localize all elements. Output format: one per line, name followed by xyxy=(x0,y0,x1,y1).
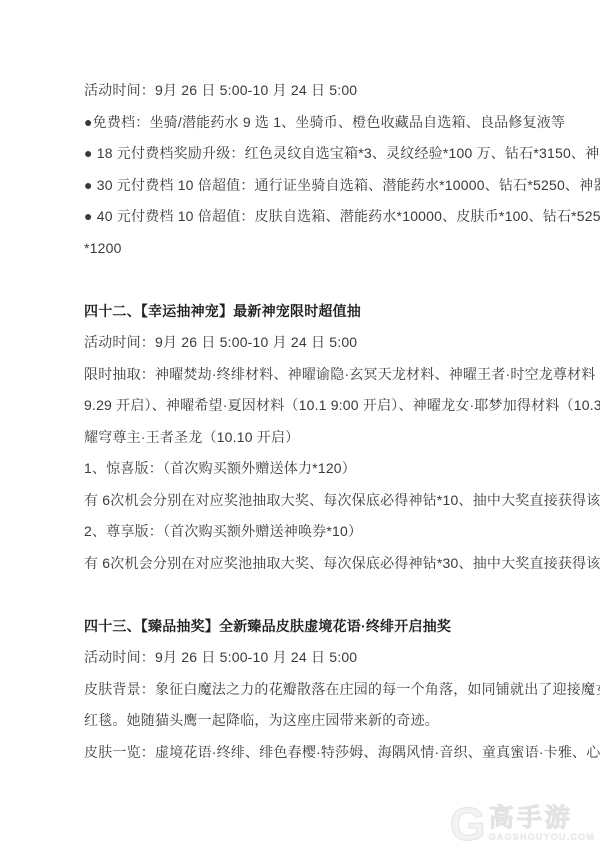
page: { "page": { "background": "#ffffff", "bo… xyxy=(0,0,600,848)
limited-draw-text-continued: 耀穹尊主·王者圣龙（10.10 开启） xyxy=(84,422,540,454)
free-tier-text: ●免费档：坐骑/潜能药水 9 选 1、坐骑币、橙色收藏品自选箱、良品修复液等 xyxy=(84,107,540,139)
tier-30-text: ● 30 元付费档 10 倍超值：通行证坐骑自选箱、潜能药水*10000、钻石*… xyxy=(84,170,540,202)
article-body: 活动时间：9月 26 日 5:00-10 月 24 日 5:00 ●免费档：坐骑… xyxy=(0,0,540,768)
watermark-site-text: GAOSHOUYOU.COM xyxy=(489,832,595,843)
section-43-heading: 四十三、【臻品抽奖】全新臻品皮肤虚境花语·终绯开启抽奖 xyxy=(84,611,540,643)
surprise-edition-text: 1、惊喜版：（首次购买额外赠送体力*120） xyxy=(84,453,540,485)
tier-40-text-continued: *1200 xyxy=(84,233,540,265)
surprise-edition-detail-text: 有 6次机会分别在对应奖池抽取大奖、每次保底必得神钻*10、抽中大奖直接获得该奖… xyxy=(84,485,540,517)
section-42-heading: 四十二、【幸运抽神宠】最新神宠限时超值抽 xyxy=(84,296,540,328)
gaoshouyou-watermark: G 高手游 GAOSHOUYOU.COM xyxy=(450,802,595,846)
premium-edition-detail-text: 有 6次机会分别在对应奖池抽取大奖、每次保底必得神钻*30、抽中大奖直接获得该奖… xyxy=(84,548,540,580)
limited-draw-text-continued: 9.29 开启）、神曜希望·夏因材料（10.1 9:00 开启）、神曜龙女·耶梦… xyxy=(84,390,540,422)
tier-18-text: ● 18 元付费档奖励升级：红色灵纹自选宝箱*3、灵纹经验*100 万、钻石*3… xyxy=(84,138,540,170)
activity-time-text: 活动时间：9月 26 日 5:00-10 月 24 日 5:00 xyxy=(84,75,540,107)
limited-draw-text: 限时抽取：神曜焚劫·终绯材料、神曜谕隐·玄冥天龙材料、神曜王者·时空龙尊材料（ xyxy=(84,359,540,391)
gaoshouyou-logo-icon: G xyxy=(450,802,486,846)
watermark-brand-text: 高手游 xyxy=(489,805,595,832)
activity-time-text: 活动时间：9月 26 日 5:00-10 月 24 日 5:00 xyxy=(84,327,540,359)
tier-40-text: ● 40 元付费档 10 倍超值：皮肤自选箱、潜能药水*10000、皮肤币*10… xyxy=(84,201,540,233)
watermark-text-block: 高手游 GAOSHOUYOU.COM xyxy=(489,805,595,843)
premium-edition-text: 2、尊享版：（首次购买额外赠送神唤券*10） xyxy=(84,516,540,548)
skin-background-text-continued: 红毯。她随猫头鹰一起降临，为这座庄园带来新的奇迹。 xyxy=(84,705,540,737)
skin-list-text: 皮肤一览：虚境花语·终绯、绯色春樱·特莎姆、海隅风情·音织、童真蜜语·卡雅、心灵 xyxy=(84,737,540,769)
skin-background-text: 皮肤背景：象征白魔法之力的花瓣散落在庄园的每一个角落，如同铺就出了迎接魔女终绯的 xyxy=(84,674,540,706)
activity-time-text: 活动时间：9月 26 日 5:00-10 月 24 日 5:00 xyxy=(84,642,540,674)
